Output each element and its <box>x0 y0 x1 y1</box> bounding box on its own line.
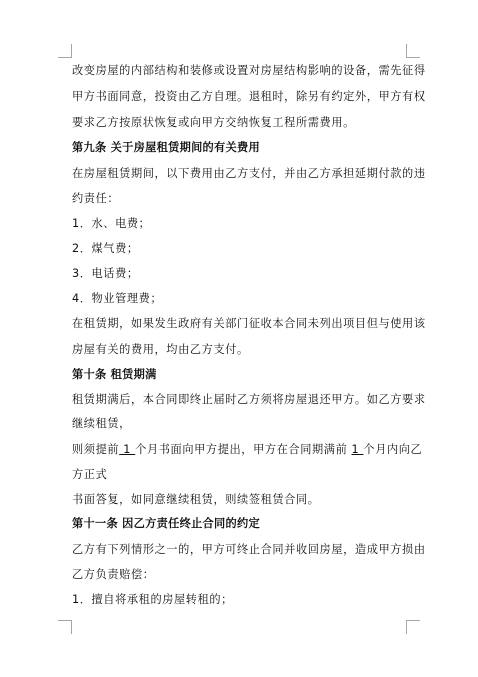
text-segment: 则须提前 <box>72 443 119 456</box>
paragraph-line: 在房屋租赁期间，以下费用由乙方支付，并由乙方承担延期付款的违 <box>72 167 417 181</box>
paragraph-line: 改变房屋的内部结构和装修或设置对房屋结构影响的设备，需先征得 <box>72 64 417 78</box>
paragraph-line: 约责任： <box>72 192 417 206</box>
list-item: 3．电话费； <box>72 267 417 281</box>
list-item: 1．水、电费； <box>72 217 417 231</box>
list-item: 4．物业管理费； <box>72 292 417 306</box>
margin-corner-bottom-right <box>406 620 420 634</box>
paragraph-line-with-blanks: 则须提前 1 个月书面向甲方提出，甲方在合同期满前 1 个月内向乙 <box>72 443 417 457</box>
paragraph-line: 乙方负责赔偿： <box>72 568 417 582</box>
text-segment: 个月内向乙 <box>363 443 422 456</box>
section-heading-article-10: 第十条 租赁期满 <box>72 368 417 382</box>
margin-corner-top-right <box>406 44 420 58</box>
list-item: 2．煤气费； <box>72 242 417 256</box>
paragraph-line: 房屋有关的费用，均由乙方支付。 <box>72 343 417 357</box>
paragraph-line: 方正式 <box>72 468 417 482</box>
list-item: 1．擅自将承租的房屋转租的； <box>72 593 417 607</box>
paragraph-line: 乙方有下列情形之一的，甲方可终止合同并收回房屋，造成甲方损由 <box>72 543 417 557</box>
paragraph-line: 要求乙方按原状恢复或向甲方交纳恢复工程所需费用。 <box>72 116 417 130</box>
margin-corner-bottom-left <box>58 620 72 634</box>
paragraph-line: 继续租赁， <box>72 417 417 431</box>
underlined-blank-value: 1 <box>119 443 135 456</box>
paragraph-line: 在租赁期，如果发生政府有关部门征收本合同未列出项目但与使用该 <box>72 317 417 331</box>
paragraph-line: 租赁期满后，本合同即终止届时乙方须将房屋退还甲方。如乙方要求 <box>72 393 417 407</box>
section-heading-article-9: 第九条 关于房屋租赁期间的有关费用 <box>72 141 417 155</box>
margin-corner-top-left <box>58 44 72 58</box>
text-segment: 个月书面向甲方提出，甲方在合同期满前 <box>135 443 351 456</box>
underlined-blank-value: 1 <box>352 443 364 456</box>
paragraph-line: 书面答复，如同意继续租赁，则续签租赁合同。 <box>72 493 417 507</box>
paragraph-line: 甲方书面同意，投资由乙方自理。退租时，除另有约定外，甲方有权 <box>72 90 417 104</box>
section-heading-article-11: 第十一条 因乙方责任终止合同的约定 <box>72 517 417 531</box>
document-page: 改变房屋的内部结构和装修或设置对房屋结构影响的设备，需先征得 甲方书面同意，投资… <box>0 0 478 677</box>
